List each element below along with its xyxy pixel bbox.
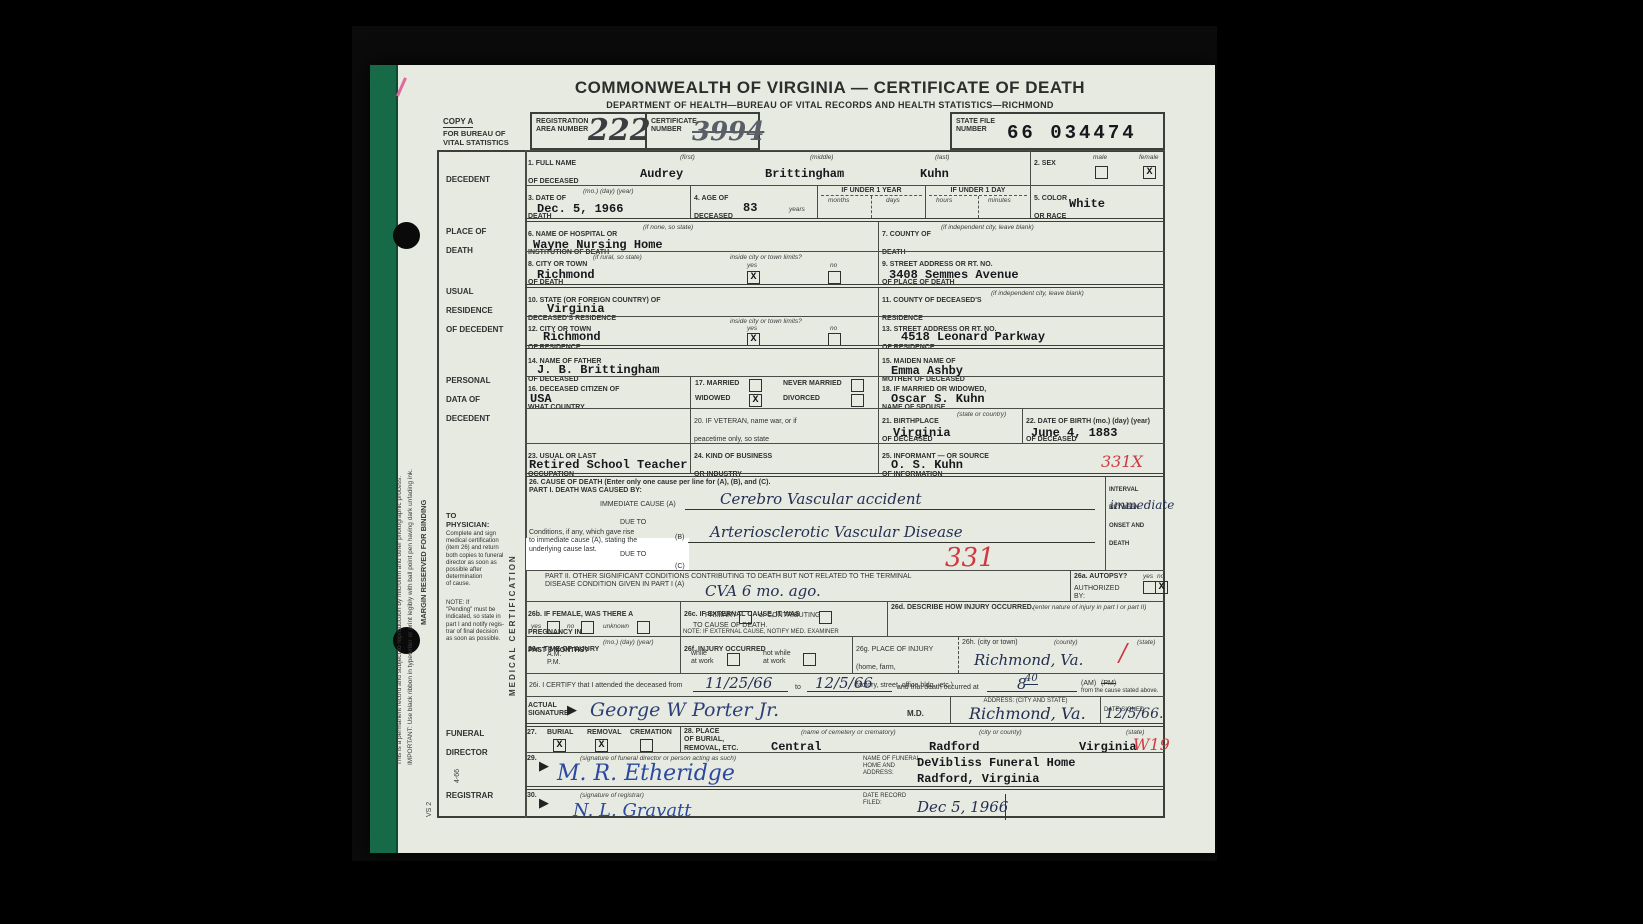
county-residence-hint: (if independent city, leave blank)	[991, 290, 1084, 297]
row-physician-signature: ACTUAL SIGNATURE ▶ George W Porter Jr. M…	[525, 696, 1165, 723]
cemetery-hint: (name of cemetery or crematory)	[801, 729, 896, 736]
age-years-label: years	[789, 206, 805, 213]
state-file-label: STATE FILE NUMBER	[956, 118, 995, 135]
dob-value: June 4, 1883	[1031, 427, 1117, 440]
contributing-checkbox	[819, 611, 832, 624]
row-occupation: 23. USUAL OR LAST OCCUPATION Retired Sch…	[525, 443, 1165, 473]
married-checkbox	[749, 379, 762, 392]
autopsy-no-label: no	[1157, 573, 1164, 580]
age-value: 83	[743, 202, 757, 215]
row-funeral-director: 29. ▶ (signature of funeral director or …	[525, 752, 1165, 786]
screenshot-root: MARGIN RESERVED FOR BINDING IMPORTANT: U…	[0, 0, 1643, 924]
sex-male-label: male	[1093, 154, 1107, 161]
pregnancy-no-checkbox	[581, 621, 594, 634]
interval-label: INTERVAL BETWEEN ONSET AND DEATH	[1109, 487, 1144, 547]
months-days-divider	[871, 196, 873, 218]
informant-value: O. S. Kuhn	[891, 459, 963, 472]
divorced-label: DIVORCED	[783, 395, 820, 403]
cause-b-tag: (B)	[675, 534, 684, 542]
margin-binding-note: MARGIN RESERVED FOR BINDING	[420, 365, 428, 625]
autopsy-yes-label: yes	[1143, 573, 1153, 580]
physician-address-value: Richmond, Va.	[969, 706, 1086, 722]
binding-strip	[370, 65, 398, 853]
funeral-home-value: DeVibliss Funeral Home	[917, 757, 1075, 770]
injury-occurred-label: 26d. DESCRIBE HOW INJURY OCCURRED.	[891, 604, 1034, 612]
birthplace-hint: (state or country)	[957, 411, 1006, 418]
date-filed-label: DATE RECORD FILED:	[863, 793, 906, 807]
vs-code: VS 2	[426, 787, 433, 817]
primary-label: PRIMARY	[705, 612, 737, 620]
pregnancy-yes-checkbox	[547, 621, 560, 634]
row-city-residence: 12. CITY OR TOWN OF RESIDENCE Richmond i…	[525, 316, 1165, 345]
margin-permanent-note: This is a permanent record and subject t…	[397, 245, 404, 765]
certify-mid: and that death occurred at	[897, 684, 979, 692]
copy-a-label: COPY A	[443, 117, 473, 128]
never-married-label: NEVER MARRIED	[783, 380, 842, 388]
registrar-signature-hint: (signature of registrar)	[580, 792, 644, 799]
certify-to-word: to	[795, 684, 801, 692]
pregnancy-no-label: no	[567, 623, 574, 630]
removal-checkbox: X	[595, 739, 608, 752]
interval-value: immediate	[1110, 499, 1174, 511]
burial-checkbox: X	[553, 739, 566, 752]
cause-a-line	[685, 509, 1095, 510]
autopsy-authorized-label: AUTHORIZED BY:	[1074, 585, 1120, 602]
funeral-home-label: NAME OF FUNERAL HOME AND ADDRESS:	[863, 756, 920, 778]
street-residence-value: 4518 Leonard Parkway	[901, 331, 1045, 344]
days-label: days	[886, 197, 900, 204]
certificate-number-value: 3994	[692, 119, 764, 145]
hours-label: hours	[936, 197, 952, 204]
burial-city-hint: (city or county)	[979, 729, 1022, 736]
divorced-checkbox	[851, 394, 864, 407]
row-veteran: 20. IF VETERAN, name war, or if peacetim…	[525, 408, 1165, 443]
state-file-box: STATE FILE NUMBER 66 034474	[950, 112, 1165, 150]
middle-name-value: Brittingham	[765, 168, 844, 181]
to-physician-title: TO PHYSICIAN:	[446, 511, 489, 529]
death-certificate: MARGIN RESERVED FOR BINDING IMPORTANT: U…	[370, 65, 1215, 853]
certify-post-rest: from the cause stated above.	[1081, 688, 1158, 695]
row-date-of-death: 3. DATE OF DEATH (mo.) (day) (year) Dec.…	[525, 185, 1165, 218]
row-burial: 27. BURIAL X REMOVAL X CREMATION 28. PLA…	[525, 723, 1165, 752]
row-part2: PART II. OTHER SIGNIFICANT CONDITIONS CO…	[525, 570, 1165, 601]
pregnancy-unknown-label: unknown	[603, 623, 629, 630]
physician-signature-value: George W Porter Jr.	[590, 701, 779, 720]
limits-question: inside city or town limits?	[730, 254, 802, 261]
row-citizen: 16. DECEASED CITIZEN OF WHAT COUNTRY USA…	[525, 376, 1165, 408]
certificate-subtitle: DEPARTMENT OF HEALTH—BUREAU OF VITAL REC…	[490, 101, 1170, 110]
immediate-cause-label: IMMEDIATE CAUSE (A)	[600, 501, 676, 509]
section-usual-residence: USUAL RESIDENCE OF DECEDENT	[446, 287, 503, 335]
certificate-title: COMMONWEALTH OF VIRGINIA — CERTIFICATE O…	[490, 79, 1170, 96]
sex-female-checkbox: X	[1143, 166, 1156, 179]
place-of-burial-label: 28. PLACE OF BURIAL, REMOVAL, ETC.	[684, 728, 738, 753]
funeral-num: 29.	[527, 755, 537, 763]
copy-block: COPY A FOR BUREAU OF VITAL STATISTICS	[443, 111, 509, 147]
row-registrar: 30. ▶ (signature of registrar) N. L. Gra…	[525, 786, 1165, 818]
spouse-value: Oscar S. Kuhn	[891, 393, 985, 406]
section-funeral-director: FUNERAL DIRECTOR	[446, 729, 488, 758]
widowed-label: WIDOWED	[695, 395, 730, 403]
registration-number-box: REGISTRATION AREA NUMBER 222 CERTIFICATE…	[530, 112, 760, 150]
time-of-injury-label: 26e. TIME OF INJURY	[528, 646, 599, 653]
months-label: months	[828, 197, 849, 204]
certify-time-line	[987, 691, 1077, 692]
certificate-number-label: CERTIFICATE NUMBER	[651, 118, 697, 135]
actual-signature-label: ACTUAL SIGNATURE	[528, 702, 569, 719]
burial-red-code: W19	[1133, 737, 1170, 753]
last-hint: (last)	[935, 154, 949, 161]
row-injury-details: 26e. TIME OF INJURY (mo.) (day) (year) A…	[525, 636, 1165, 673]
registrar-arrow-icon: ▶	[539, 796, 549, 809]
occupation-value: Retired School Teacher	[529, 459, 687, 472]
last-name-value: Kuhn	[920, 168, 949, 181]
funeral-director-signature: M. R. Etheridge	[557, 763, 735, 785]
cause-a-value: Cerebro Vascular accident	[720, 492, 922, 507]
not-while-at-work-checkbox	[803, 653, 816, 666]
injury-occurred-hint: (enter nature of injury in part I or par…	[1033, 604, 1146, 611]
removal-label: REMOVAL	[587, 729, 621, 737]
section-registrar: REGISTRAR	[446, 791, 493, 801]
county-of-death-hint: (if independent city, leave blank)	[941, 224, 1034, 231]
section-personal-data: PERSONAL DATA OF DECEDENT	[446, 376, 490, 424]
minutes-label: minutes	[988, 197, 1011, 204]
city-residence-value: Richmond	[543, 331, 601, 344]
birthplace-value: Virginia	[893, 427, 951, 440]
color-race-label: 5. COLOR OR RACE	[1034, 195, 1067, 220]
part2-value: CVA 6 mo. ago.	[705, 584, 821, 599]
row-hospital: 6. NAME OF HOSPITAL OR INSTITUTION OF DE…	[525, 218, 1165, 251]
pregnancy-unknown-checkbox	[637, 621, 650, 634]
while-at-work-checkbox	[727, 653, 740, 666]
limits-no-label: no	[830, 262, 837, 269]
due-to-2: DUE TO	[620, 551, 646, 559]
funeral-arrow-icon: ▶	[539, 759, 549, 772]
time-of-injury-hints: (mo.) (day) (year)	[603, 639, 654, 646]
limits-yes-label: yes	[747, 262, 757, 269]
cause-red-code: 331	[945, 545, 995, 571]
funeral-home-address: Radford, Virginia	[917, 773, 1039, 786]
age-label: 4. AGE OF DECEASED	[694, 195, 733, 220]
autopsy-no-checkbox: X	[1155, 581, 1168, 594]
veteran-label: 20. IF VETERAN, name war, or if peacetim…	[694, 418, 797, 443]
certify-from-value: 11/25/66	[705, 676, 772, 691]
injury-red-mark: /	[1119, 641, 1127, 665]
first-name-value: Audrey	[640, 168, 683, 181]
injury-city-label: 26h. (city or town)	[962, 639, 1018, 647]
cause-b-line	[688, 542, 1095, 543]
row-full-name: 1. FULL NAME OF DECEASED (first) (middle…	[525, 150, 1165, 185]
injury-location-value: Richmond, Va.	[974, 653, 1083, 668]
row-father: 14. NAME OF FATHER OF DECEASED J. B. Bri…	[525, 345, 1165, 376]
md-label: M.D.	[907, 709, 924, 719]
cause-b-value: Arteriosclerotic Vascular Disease	[710, 525, 963, 540]
cremation-label: CREMATION	[630, 729, 672, 737]
to-physician-note: Complete and sign medical certification …	[446, 531, 516, 589]
pregnancy-yes-label: yes	[531, 623, 541, 630]
certify-time-sup: 40	[1025, 674, 1038, 685]
date-signed-value: 12/5/66.	[1105, 707, 1163, 721]
under-1-day-label: IF UNDER 1 DAY	[929, 187, 1027, 196]
city-of-death-hint: (if rural, so state)	[593, 254, 642, 261]
burial-num: 27.	[527, 729, 537, 737]
residence-limits-no-label: no	[830, 325, 837, 332]
contributing-label: or CONTRIBUTING	[759, 612, 820, 620]
pm-label: P.M.	[547, 659, 561, 667]
under-1-year-label: IF UNDER 1 YEAR	[821, 187, 922, 196]
signature-arrow-icon: ▶	[567, 703, 577, 716]
section-medical-certification: MEDICAL CERTIFICATION	[509, 473, 517, 696]
limits-no-checkbox	[828, 271, 841, 284]
hours-minutes-divider	[978, 196, 980, 218]
not-while-at-work-label: not while at work	[763, 650, 791, 667]
sex-label: 2. SEX	[1034, 160, 1056, 167]
section-place-of-death: PLACE OF DEATH	[446, 227, 486, 256]
cremation-checkbox	[640, 739, 653, 752]
full-name-label: 1. FULL NAME OF DECEASED	[528, 160, 579, 185]
residence-limits-question: inside city or town limits?	[730, 318, 802, 325]
copy-for-label: FOR BUREAU OF VITAL STATISTICS	[443, 129, 509, 147]
certify-pre: 26i. I CERTIFY that I attended the decea…	[529, 682, 682, 690]
date-filed-value: Dec 5, 1966	[917, 800, 1008, 815]
date-filed-divider	[1005, 794, 1006, 820]
date-hints: (mo.) (day) (year)	[583, 188, 634, 195]
row-cause-of-death: 26. CAUSE OF DEATH (Enter only one cause…	[525, 473, 1165, 570]
state-file-value: 66 034474	[1007, 124, 1137, 143]
city-of-death-value: Richmond	[537, 269, 595, 282]
sex-male-checkbox	[1095, 166, 1108, 179]
row-state-residence: 10. STATE (OR FOREIGN COUNTRY) OF DECEAS…	[525, 284, 1165, 316]
citizen-value: USA	[530, 393, 552, 406]
section-decedent: DECEDENT	[446, 175, 490, 185]
certify-to-value: 12/5/66	[815, 676, 873, 691]
injury-state-hint: (state)	[1137, 639, 1155, 646]
hospital-hint: (if none, so state)	[643, 224, 693, 231]
informant-red-code: 331X	[1101, 454, 1143, 470]
limits-yes-checkbox: X	[747, 271, 760, 284]
row-city-of-death: 8. CITY OR TOWN OF DEATH (if rural, so s…	[525, 251, 1165, 284]
never-married-checkbox	[851, 379, 864, 392]
color-race-value: White	[1069, 198, 1105, 211]
id-divider	[645, 114, 647, 148]
part1-label: PART I. DEATH WAS CAUSED BY:	[529, 487, 642, 495]
registration-area-label: REGISTRATION AREA NUMBER	[536, 118, 588, 135]
photo-backdrop: MARGIN RESERVED FOR BINDING IMPORTANT: U…	[352, 26, 1217, 861]
widowed-checkbox: X	[749, 394, 762, 407]
row-certify: 26i. I CERTIFY that I attended the decea…	[525, 673, 1165, 696]
due-to-1: DUE TO	[620, 519, 646, 527]
registration-area-value: 222	[588, 116, 651, 146]
row-pregnancy: 26b. IF FEMALE, WAS THERE A PREGNANCY IN…	[525, 601, 1165, 636]
sex-female-label: female	[1139, 154, 1159, 161]
burial-label: BURIAL	[547, 729, 573, 737]
date-of-death-value: Dec. 5, 1966	[537, 203, 623, 216]
registrar-num: 30.	[527, 792, 537, 800]
residence-limits-yes-label: yes	[747, 325, 757, 332]
state-residence-value: Virginia	[547, 303, 605, 316]
middle-hint: (middle)	[810, 154, 833, 161]
injury-county-hint: (county)	[1054, 639, 1077, 646]
pending-note: NOTE: If "Pending" must be indicated, so…	[446, 600, 518, 643]
first-hint: (first)	[680, 154, 695, 161]
registrar-signature: N. L. Gravatt	[573, 802, 692, 820]
street-of-death-value: 3408 Semmes Avenue	[889, 269, 1019, 282]
while-at-work-label: while at work	[691, 650, 714, 667]
margin-important-note: IMPORTANT: Use black ribbon in typewrite…	[408, 225, 415, 765]
autopsy-label: 26a. AUTOPSY?	[1074, 573, 1127, 581]
married-label: 17. MARRIED	[695, 380, 739, 388]
